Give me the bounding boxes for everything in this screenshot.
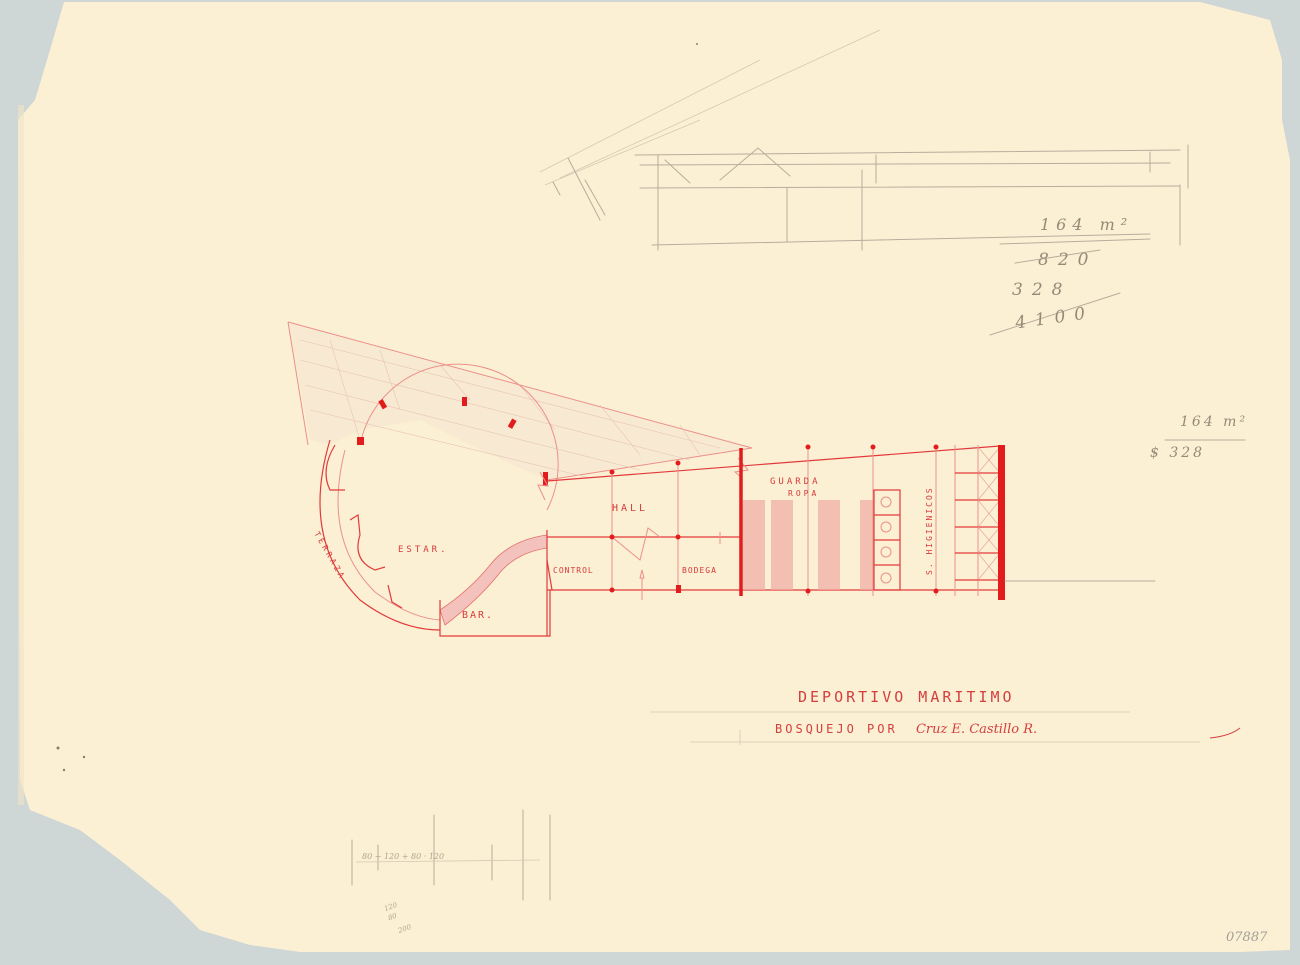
room-label-estar: ESTAR. — [398, 545, 449, 555]
calc-price-right: $ 328 — [1150, 445, 1205, 461]
room-label-higienicos: S. HIGIENICOS — [925, 486, 934, 575]
calc-row-1: 820 — [1038, 250, 1097, 270]
calc-area-right: 164 m² — [1180, 414, 1248, 430]
room-label-guarda: GUARDA — [770, 477, 821, 487]
room-label-hall: HALL — [612, 503, 648, 514]
signature: Cruz E. Castillo R. — [916, 722, 1037, 737]
room-label-bar: BAR. — [462, 610, 494, 621]
calc-row-2: 328 — [1012, 280, 1071, 300]
room-label-bodega: BODEGA — [682, 566, 717, 575]
drawing-title: DEPORTIVO MARITIMO — [798, 688, 1015, 706]
room-label-ropa: ROPA — [788, 489, 819, 498]
dimension-note: 80 + 120 + 80 · 120 — [362, 852, 444, 861]
subtitle-text: BOSQUEJO POR — [775, 722, 898, 736]
calc-area-top: 164 m² — [1040, 215, 1133, 234]
drawing-subtitle: BOSQUEJO POR Cruz E. Castillo R. — [775, 722, 1037, 737]
drawing-sheet — [0, 0, 1300, 965]
room-label-control: CONTROL — [553, 566, 594, 575]
archive-number: 07887 — [1226, 930, 1267, 945]
paper — [18, 2, 1290, 952]
